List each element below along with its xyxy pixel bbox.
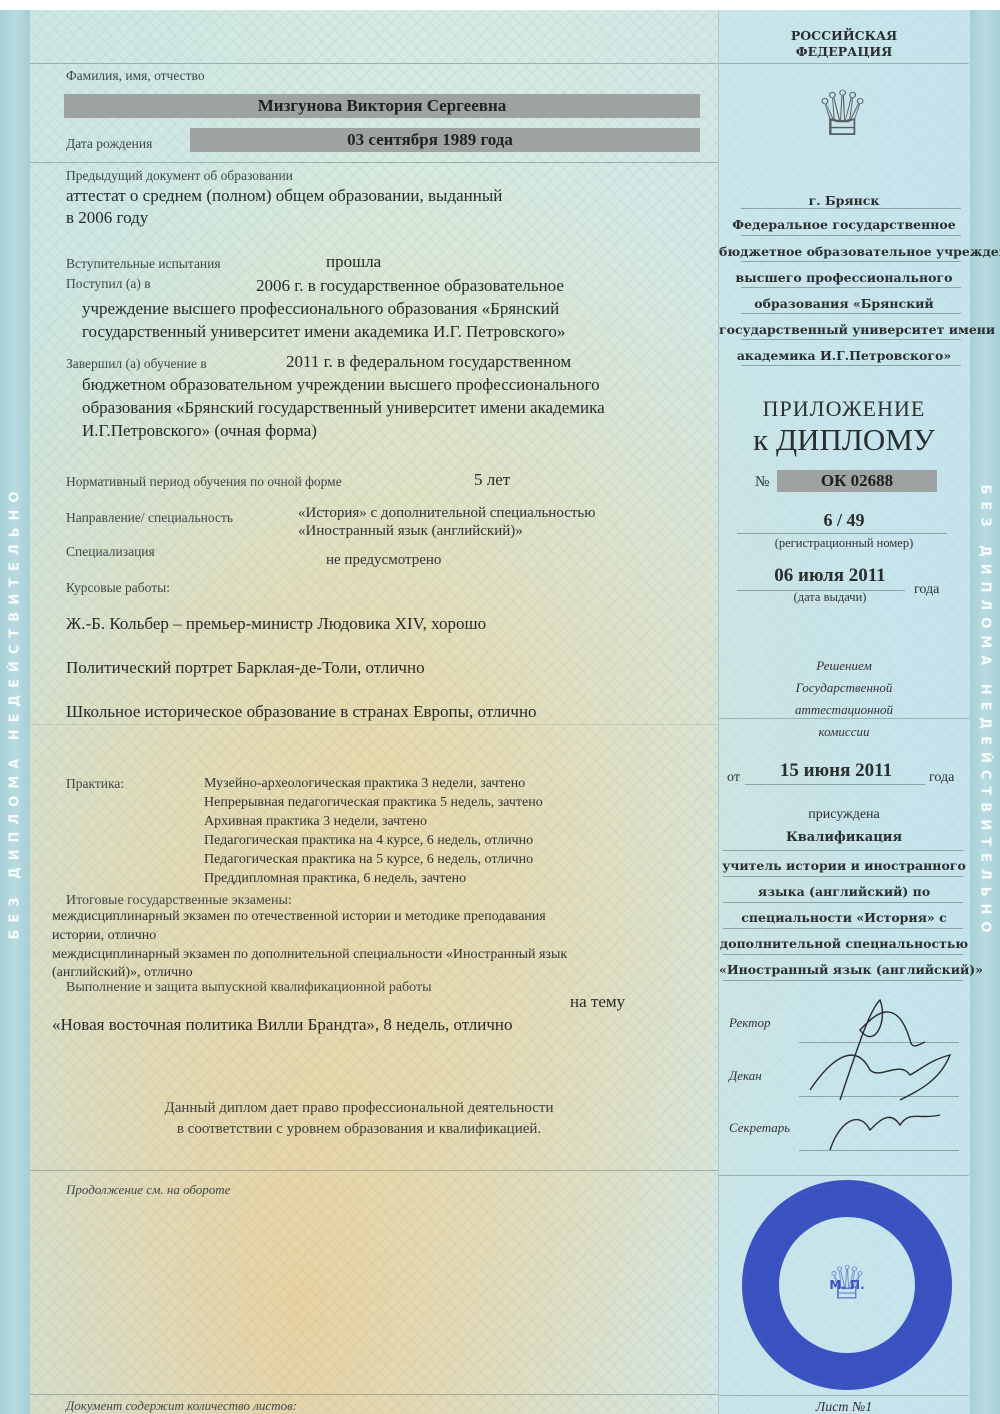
awarded: присуждена [719,807,969,823]
reg-number: 6 / 49 [719,510,969,531]
number-field: ОК 02688 [777,470,937,492]
number-sign: № [755,474,769,491]
thesis-on-topic: на тему [570,992,625,1012]
rights-line: в соответствии с уровнем образования и к… [0,1121,718,1138]
security-strip-text: БЕЗ ДИПЛОМА НЕДЕЙСТВИТЕЛЬНО [8,485,23,940]
institution-line: Федеральное государственное [719,217,969,232]
coat-of-arms-icon: ♕ [800,70,885,160]
title-appendix: ПРИЛОЖЕНИЕ [719,396,969,422]
finished-value: И.Г.Петровского» (очная форма) [82,421,317,441]
seal-center-text: М. П. [829,1278,864,1292]
birth-label: Дата рождения [66,136,152,152]
qualification-line: дополнительной специальностью [719,936,969,951]
exams-label: Итоговые государственные экзамены: [66,893,292,909]
finished-value: 2011 г. в федеральном государственном [286,352,571,372]
institution-line: образования «Брянский [719,296,969,311]
qualification-line: учитель истории и иностранного [719,858,969,873]
fio-field: Мизгунова Виктория Сергеевна [64,94,700,118]
specialty-value: «История» с дополнительной специальность… [298,505,595,522]
security-strip-right: БЕЗ ДИПЛОМА НЕДЕЙСТВИТЕЛЬНО [970,10,1000,1414]
qualification-line: «Иностранный язык (английский)» [719,962,969,977]
entrance-value: прошла [326,252,381,272]
exam-line: истории, отлично [52,928,156,944]
enrolled-label: Поступил (а) в [66,276,151,292]
practice-item: Архивная практика 3 недели, зачтено [204,814,427,830]
prev-doc-value: в 2006 году [66,208,148,228]
coursework-label: Курсовые работы: [66,580,170,596]
exam-line: междисциплинарный экзамен по отечественн… [52,909,546,925]
institution-line: бюджетное образовательное учреждени [719,244,969,259]
reg-number-label: (регистрационный номер) [719,536,969,551]
title-to-diploma: к ДИПЛОМУ [719,422,969,458]
specialization-value: не предусмотрено [326,552,441,569]
signature-icon [800,980,960,1150]
decision-line: Государственной [719,680,969,696]
diploma-number: ОК 02688 [777,471,937,491]
entrance-label: Вступительные испытания [66,256,221,272]
enrolled-value: учреждение высшего профессионального обр… [82,299,559,319]
practice-item: Музейно-археологическая практика 3 недел… [204,776,525,792]
security-strip-left: БЕЗ ДИПЛОМА НЕДЕЙСТВИТЕЛЬНО [0,10,30,1414]
finished-value: бюджетном образовательном учреждении выс… [82,375,600,395]
coursework-item: Политический портрет Барклая-де-Толи, от… [66,658,425,678]
period-value: 5 лет [474,470,510,490]
practice-item: Педагогическая практика на 4 курсе, 6 не… [204,833,533,849]
finished-label: Завершил (а) обучение в [66,356,207,372]
specialty-value: «Иностранный язык (английский)» [298,523,523,540]
practice-item: Непрерывная педагогическая практика 5 не… [204,795,543,811]
coursework-item: Школьное историческое образование в стра… [66,702,537,722]
decision-line: комиссии [719,724,969,740]
period-label: Нормативный период обучения по очной фор… [66,474,342,490]
prev-doc-label: Предыдущий документ об образовании [66,168,293,184]
fio-value: Мизгунова Виктория Сергеевна [64,96,700,116]
exam-line: (английский)», отлично [52,965,193,981]
enrolled-value: 2006 г. в государственное образовательно… [256,276,564,296]
birth-field: 03 сентября 1989 года [190,128,700,152]
secretary-label: Секретарь [729,1120,790,1136]
specialization-label: Специализация [66,544,155,560]
enrolled-value: государственный университет имени академ… [82,322,565,342]
rector-label: Ректор [729,1015,771,1031]
practice-item: Преддипломная практика, 6 недель, зачтен… [204,871,466,887]
decision-line: аттестационной [719,702,969,718]
institution-line: государственный университет имени [719,322,969,337]
decision-line: Решением [719,658,969,674]
coursework-item: Ж.-Б. Кольбер – премьер-министр Людовика… [66,614,486,634]
official-seal: ♕ М. П. [742,1180,952,1390]
institution-line: высшего профессионального [719,270,969,285]
city: г. Брянск [719,193,969,208]
fio-label: Фамилия, имя, отчество [66,68,205,84]
security-strip-text: БЕЗ ДИПЛОМА НЕДЕЙСТВИТЕЛЬНО [978,485,993,940]
qualification-line: языка (английский) по [719,884,969,899]
dean-label: Декан [729,1068,762,1084]
issue-date-label: (дата выдачи) [705,590,955,605]
continuation-note: Продолжение см. на обороте [66,1182,230,1198]
rights-line: Данный диплом дает право профессионально… [0,1100,718,1117]
qualification-label: Квалификация [719,830,969,845]
specialty-label: Направление/ специальность [66,510,233,526]
decision-date: 15 июня 2011 [711,760,961,782]
birth-value: 03 сентября 1989 года [160,130,700,150]
institution-line: академика И.Г.Петровского» [719,348,969,363]
qualification-line: специальности «История» с [719,910,969,925]
sheets-count-label: Документ содержит количество листов: [66,1398,297,1414]
country-line-2: ФЕДЕРАЦИЯ [719,44,969,59]
decision-year-suffix: года [929,770,954,786]
prev-doc-value: аттестат о среднем (полном) общем образо… [66,186,502,206]
practice-item: Педагогическая практика на 5 курсе, 6 не… [204,852,533,868]
finished-value: образования «Брянский государственный ун… [82,398,605,418]
exam-line: междисциплинарный экзамен по дополнитель… [52,947,567,963]
country-line-1: РОССИЙСКАЯ [719,28,969,43]
practice-label: Практика: [66,776,124,792]
thesis-label: Выполнение и защита выпускной квалификац… [66,980,432,996]
sheet-number: Лист №1 [719,1400,969,1414]
thesis-value: «Новая восточная политика Вилли Брандта»… [52,1015,512,1035]
